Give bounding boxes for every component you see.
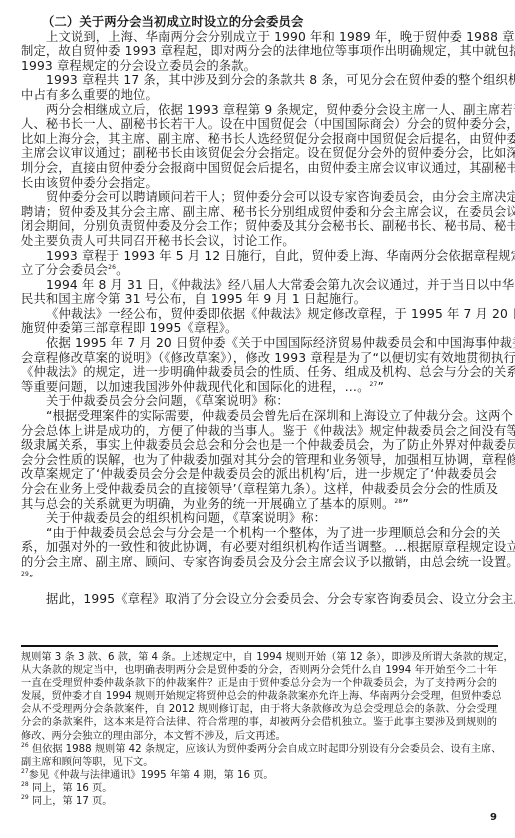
body-line: 会分会性质的误解，也为了仲裁委加强对其分会的管理和业务领导，加强相互协调，章程修 xyxy=(21,453,497,468)
footnotes-section: 规则第 3 条 3 款、6 款，第 4 条。上述规定中，自 1994 规则开始（… xyxy=(21,651,497,808)
body-line-text: 系，加强对外的一致性和彼此协调，有必要对组织机构作适当调整。…根据原章程规定设立 xyxy=(21,540,515,554)
body-line-text: 会章程修改草案的说明》（《修改草案》），修改 1993 章程是为了“以便切实有效… xyxy=(21,351,515,365)
body-line-text: 施贸仲委第三部章程即 1995《章程》。 xyxy=(21,321,238,335)
footnote-separator-rule xyxy=(21,645,498,647)
body-line-text: 等重要问题，以加速我国涉外仲裁现代化和国际化的进程，…。 xyxy=(21,380,370,394)
body-line-text: 会分会性质的误解，也为了仲裁委加强对其分会的管理和业务领导，加强相互协调，章程修 xyxy=(21,453,515,467)
page-number: 9 xyxy=(490,812,497,823)
body-line: 圳分会，直接由贸仲委分会报商中国贸促会后提名，由贸仲委主席会议审议通过，其副秘书 xyxy=(21,161,497,176)
body-line: 主席会议审议通过；副秘书长由该贸促会分会指定。设在贸促分会外的贸仲委分会，比如深 xyxy=(21,146,497,161)
body-line: 闭会期间，分别负责贸仲委及分会工作；贸仲委及其分会秘书长、副秘书长、秘书局、秘书 xyxy=(21,219,497,234)
body-line-trailing: ” xyxy=(377,380,384,394)
body-line: 会章程修改草案的说明》（《修改草案》），修改 1993 章程是为了“以便切实有效… xyxy=(21,351,497,366)
body-line-trailing: ” xyxy=(402,497,409,511)
body-line: 人、秘书长一人、副秘书长若干人。设在中国贸促会（中国国际商会）分会的贸仲委分会， xyxy=(21,117,497,132)
body-line: 1993 章程规定的分会设立委员会的条款。 xyxy=(21,59,497,74)
body-line-trailing: ” xyxy=(29,574,33,583)
body-line: 中占有多么重要的地位。 xyxy=(21,88,497,103)
footnote-line: 修改、两分会独立的理由部分，本文暂不涉及，后文再述。 xyxy=(21,730,497,743)
body-line-text: 《仲裁法》一经公布，贸仲委即依据《仲裁法》规定修改章程，于 1995 年 7 月… xyxy=(46,307,515,321)
footnote-line: 28 同上，第 16 页。 xyxy=(21,782,497,795)
body-line-text: 聘请；贸仲委及其分会主席、副主席、秘书长分别组成贸仲委和分会主席会议，在委员会议 xyxy=(21,205,515,219)
footnote-line: 副主席和顾问等职，见下文。 xyxy=(21,756,497,769)
body-line: 制定，故自贸仲委 1993 章程起，即对两分会的法律地位等事项作出明确规定，其中… xyxy=(21,44,497,59)
body-line: 施贸仲委第三部章程即 1995《章程》。 xyxy=(21,321,497,336)
body-line-text: 立了分会委员会 xyxy=(21,263,108,277)
body-line-text: 关于仲裁委员会的组织机构问题，《草案说明》称： xyxy=(46,511,326,525)
body-line-text: 上文说到，上海、华南两分会分别成立于 1990 年和 1989 年，晚于贸仲委 … xyxy=(46,30,515,44)
body-line: 长由该贸仲委分会指定。 xyxy=(21,176,497,191)
body-line-trailing: 。 xyxy=(116,263,128,277)
section-heading: （二）关于两分会当初成立时设立的分会委员会 xyxy=(21,15,497,30)
body-line-text: 依据 1995 年 7 月 20 日贸仲委《关于中国国际经济贸易仲裁委员会和中国… xyxy=(46,336,515,350)
body-line-text: 人、秘书长一人、副秘书长若干人。设在中国贸促会（中国国际商会）分会的贸仲委分会， xyxy=(21,117,515,131)
footnote-line: 从大条款的规定当中，也明确表明两分会是贸仲委的分会，否则两分会凭什么自 1994… xyxy=(21,664,497,677)
body-line: 的分会主席、副主席、顾问、专家咨询委员会及分会主席会议予以撤销，由总会统一设置。 xyxy=(21,555,497,570)
footnote-text: 一直在受理贸仲委仲裁条款下的仲裁案件？正是由于贸仲委总分会为一个仲裁委员会，为了… xyxy=(21,678,497,689)
body-line: 其与总会的关系就更为明确，为业务的统一开展确立了基本的原则。28” xyxy=(21,497,497,512)
body-line: 级隶属关系，事实上仲裁委员会总会和分会也是一个仲裁委员会，为了防止外界对仲裁委员 xyxy=(21,438,497,453)
body-line-text: 其与总会的关系就更为明确，为业务的统一开展确立了基本的原则。 xyxy=(21,497,394,511)
body-line: 《仲裁法》的规定，进一步明确仲裁委员会的性质、任务、组成及机构、总会与分会的关系 xyxy=(21,365,497,380)
body-line: 1993 章程于 1993 年 5 月 12 日施行，自此，贸仲委上海、华南两分… xyxy=(21,249,497,264)
body-line: 29” xyxy=(21,570,497,585)
body-line: 关于仲裁委员会的组织机构问题，《草案说明》称： xyxy=(21,511,497,526)
body-line-text: 中占有多么重要的地位。 xyxy=(21,88,158,102)
footnote-reference[interactable]: 29 xyxy=(21,571,29,578)
body-line: 聘请；贸仲委及其分会主席、副主席、秘书长分别组成贸仲委和分会主席会议，在委员会议 xyxy=(21,205,497,220)
body-line: 民共和国主席令第 31 号公布，自 1995 年 9 月 1 日起施行。 xyxy=(21,292,497,307)
body-line: 系，加强对外的一致性和彼此协调，有必要对组织机构作适当调整。…根据原章程规定设立 xyxy=(21,540,497,555)
footnote-text: 规则第 3 条 3 款、6 款，第 4 条。上述规定中，自 1994 规则开始（… xyxy=(21,652,514,663)
main-body-text: （二）关于两分会当初成立时设立的分会委员会 上文说到，上海、华南两分会分别成立于… xyxy=(21,15,497,607)
paragraph-gap xyxy=(21,584,497,592)
body-line: 据此，1995《章程》取消了分会设立分会委员会、分会专家咨询委员会、设立分会主席… xyxy=(21,592,497,607)
body-line-text: 1993 章程于 1993 年 5 月 12 日施行，自此，贸仲委上海、华南两分… xyxy=(46,249,515,263)
footnote-number: 29 xyxy=(21,794,29,801)
footnote-line: 一直在受理贸仲委仲裁条款下的仲裁案件？正是由于贸仲委总分会为一个仲裁委员会，为了… xyxy=(21,677,497,690)
body-line-text: 1994 年 8 月 31 日，《仲裁法》经八届人大常委会第九次会议通过，并于当… xyxy=(46,278,515,292)
body-line: 分会在业务上受仲裁委员会的直接领导’（章程第九条）。这样，仲裁委员会分会的性质及 xyxy=(21,482,497,497)
body-line: 1993 章程共 17 条，其中涉及到分会的条款共 8 条，可见分会在贸仲委的整… xyxy=(21,73,497,88)
footnote-number: 28 xyxy=(21,781,29,788)
footnote-line: 发展，贸仲委才自 1994 规则开始规定将贸仲总会的仲裁条款案亦允许上海、华南两… xyxy=(21,690,497,703)
body-line-text: 闭会期间，分别负责贸仲委及分会工作；贸仲委及其分会秘书长、副秘书长、秘书局、秘书 xyxy=(21,219,515,233)
footnote-number: 27 xyxy=(21,768,29,775)
body-line: “根据受理案件的实际需要，仲裁委员会曾先后在深圳和上海设立了仲裁分会。这两个 xyxy=(21,409,497,424)
body-line-text: 两分会相继成立后，依据 1993 章程第 9 条规定，贸仲委分会设主席一人、副主… xyxy=(46,103,515,117)
body-line-text: 制定，故自贸仲委 1993 章程起，即对两分会的法律地位等事项作出明确规定，其中… xyxy=(21,44,515,58)
body-line-text: 贸仲委分会可以聘请顾问若干人；贸仲委分会可以设专家咨询委员会，由分会主席决定 xyxy=(46,190,515,204)
footnote-text: 会从不受理两分会条款案件，自 2012 规则修订起，由于将大条款修改为总会受理总… xyxy=(21,704,497,715)
body-line-text: 据此，1995《章程》取消了分会设立分会委员会、分会专家咨询委员会、设立分会主席… xyxy=(46,592,515,606)
body-line-text: 关于仲裁委员会分会问题，《草案说明》称： xyxy=(46,394,289,408)
footnote-text: 同上，第 17 页。 xyxy=(29,796,113,807)
body-line-text: “根据受理案件的实际需要，仲裁委员会曾先后在深圳和上海设立了仲裁分会。这两个 xyxy=(46,409,513,423)
body-line-text: 1993 章程规定的分会设立委员会的条款。 xyxy=(21,59,256,73)
body-line: 1994 年 8 月 31 日，《仲裁法》经八届人大常委会第九次会议通过，并于当… xyxy=(21,278,497,293)
document-page: （二）关于两分会当初成立时设立的分会委员会 上文说到，上海、华南两分会分别成立于… xyxy=(0,0,515,838)
body-line-text: 分会总体上讲是成功的，方便了仲裁的当事人。鉴于《仲裁法》规定仲裁委员会之间没有等 xyxy=(21,424,515,438)
footnote-text: 同上，第 16 页。 xyxy=(29,783,113,794)
footnote-line: 规则第 3 条 3 款、6 款，第 4 条。上述规定中，自 1994 规则开始（… xyxy=(21,651,497,664)
body-line: 等重要问题，以加速我国涉外仲裁现代化和国际化的进程，…。27” xyxy=(21,380,497,395)
body-line-text: 改草案规定了‘仲裁委员会分会是仲裁委员会的派出机构’后，进一步规定了‘仲裁委员会 xyxy=(21,467,497,481)
body-line: 改草案规定了‘仲裁委员会分会是仲裁委员会的派出机构’后，进一步规定了‘仲裁委员会 xyxy=(21,467,497,482)
body-line-text: 圳分会，直接由贸仲委分会报商中国贸促会后提名，由贸仲委主席会议审议通过，其副秘书 xyxy=(21,161,515,175)
footnote-text: 修改、两分会独立的理由部分，本文暂不涉及，后文再述。 xyxy=(21,731,286,742)
footnote-text: 参见《仲裁与法律通讯》1995 年第 4 期，第 16 页。 xyxy=(29,770,274,781)
body-line: 关于仲裁委员会分会问题，《草案说明》称： xyxy=(21,394,497,409)
body-line-text: 《仲裁法》的规定，进一步明确仲裁委员会的性质、任务、组成及机构、总会与分会的关系 xyxy=(21,365,515,379)
footnote-reference[interactable]: 26 xyxy=(108,264,116,271)
body-line-text: 主席会议审议通过；副秘书长由该贸促会分会指定。设在贸促分会外的贸仲委分会，比如深 xyxy=(21,146,515,160)
footnote-text: 从大条款的规定当中，也明确表明两分会是贸仲委的分会，否则两分会凭什么自 1994… xyxy=(21,665,497,676)
footnote-line: 26 但依据 1988 规则第 42 条规定，应该认为贸仲委两分会自成立时起即分… xyxy=(21,743,497,756)
body-line: 两分会相继成立后，依据 1993 章程第 9 条规定，贸仲委分会设主席一人、副主… xyxy=(21,103,497,118)
body-line: 处主要负责人可共同召开秘书长会议，讨论工作。 xyxy=(21,234,497,249)
footnote-line: 会从不受理两分会条款案件，自 2012 规则修订起，由于将大条款修改为总会受理总… xyxy=(21,703,497,716)
body-line-text: 处主要负责人可共同召开秘书长会议，讨论工作。 xyxy=(21,234,295,248)
body-line: 贸仲委分会可以聘请顾问若干人；贸仲委分会可以设专家咨询委员会，由分会主席决定 xyxy=(21,190,497,205)
body-line: 分会总体上讲是成功的，方便了仲裁的当事人。鉴于《仲裁法》规定仲裁委员会之间没有等 xyxy=(21,424,497,439)
body-line-text: 分会在业务上受仲裁委员会的直接领导’（章程第九条）。这样，仲裁委员会分会的性质及 xyxy=(21,482,498,496)
body-line: 依据 1995 年 7 月 20 日贸仲委《关于中国国际经济贸易仲裁委员会和中国… xyxy=(21,336,497,351)
body-line-text: 民共和国主席令第 31 号公布，自 1995 年 9 月 1 日起施行。 xyxy=(21,292,366,306)
body-line: 立了分会委员会26。 xyxy=(21,263,497,278)
footnote-number: 26 xyxy=(21,742,29,749)
footnote-text: 发展，贸仲委才自 1994 规则开始规定将贸仲总会的仲裁条款案亦允许上海、华南两… xyxy=(21,691,502,702)
body-line: 《仲裁法》一经公布，贸仲委即依据《仲裁法》规定修改章程，于 1995 年 7 月… xyxy=(21,307,497,322)
body-line: 比如上海分会，其主席、副主席、秘书长人选经贸促分会报商中国贸促会后提名，由贸仲委 xyxy=(21,132,497,147)
body-line-text: 级隶属关系，事实上仲裁委员会总会和分会也是一个仲裁委员会，为了防止外界对仲裁委员 xyxy=(21,438,515,452)
body-line-text: 长由该贸仲委分会指定。 xyxy=(21,176,158,190)
footnote-line: 27参见《仲裁与法律通讯》1995 年第 4 期，第 16 页。 xyxy=(21,769,497,782)
body-line-text: 1993 章程共 17 条，其中涉及到分会的条款共 8 条，可见分会在贸仲委的整… xyxy=(46,73,515,87)
footnote-text: 分会的条款案件，这本来是符合法律、符合常理的事，却被两分会借机独立。鉴于此事主要… xyxy=(21,717,497,728)
body-line: “由于仲裁委员会总会与分会是一个机构一个整体，为了进一步理顺总会和分会的关 xyxy=(21,526,497,541)
footnote-text: 但依据 1988 规则第 42 条规定，应该认为贸仲委两分会自成立时起即分别设有… xyxy=(29,744,502,755)
footnote-line: 29 同上，第 17 页。 xyxy=(21,795,497,808)
body-line-text: “由于仲裁委员会总会与分会是一个机构一个整体，为了进一步理顺总会和分会的关 xyxy=(46,526,501,540)
footnote-text: 副主席和顾问等职，见下文。 xyxy=(21,757,153,768)
body-line-text: 比如上海分会，其主席、副主席、秘书长人选经贸促分会报商中国贸促会后提名，由贸仲委 xyxy=(21,132,515,146)
body-line-text: 的分会主席、副主席、顾问、专家咨询委员会及分会主席会议予以撤销，由总会统一设置。 xyxy=(21,555,515,569)
body-line: 上文说到，上海、华南两分会分别成立于 1990 年和 1989 年，晚于贸仲委 … xyxy=(21,30,497,45)
footnote-line: 分会的条款案件，这本来是符合法律、符合常理的事，却被两分会借机独立。鉴于此事主要… xyxy=(21,716,497,729)
